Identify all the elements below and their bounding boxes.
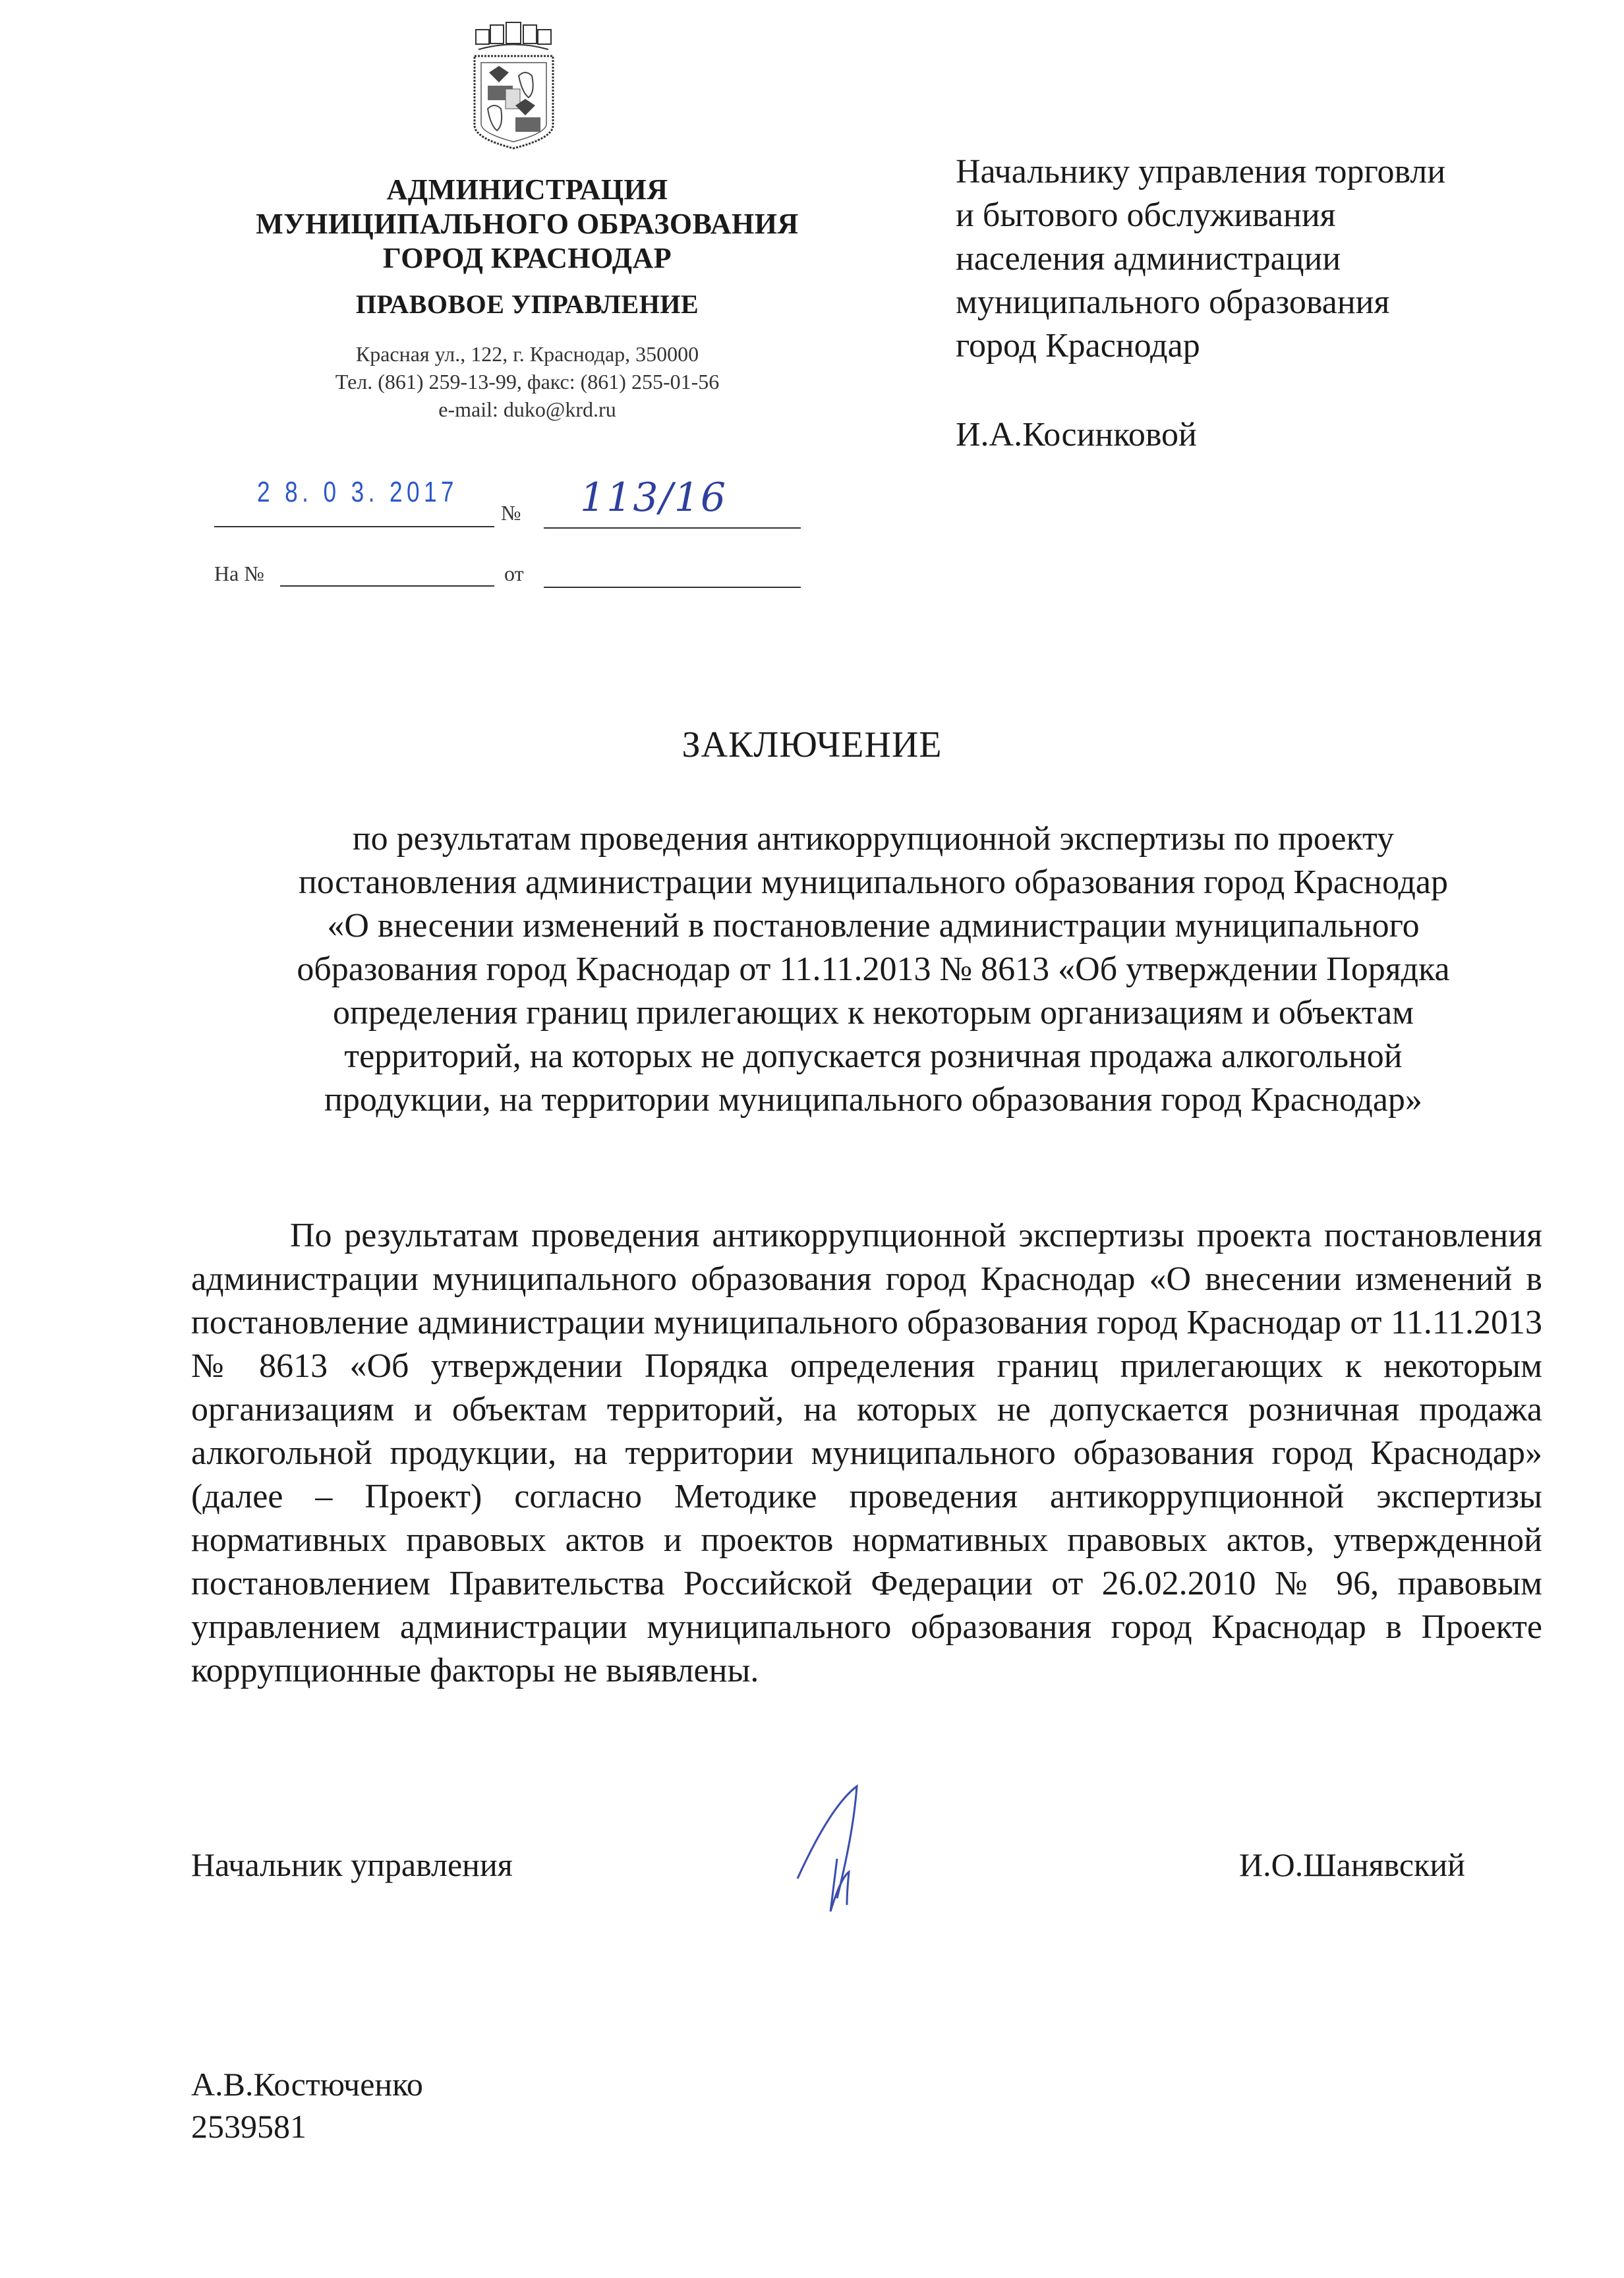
email: e-mail: duko@krd.ru: [198, 395, 857, 423]
subject-line: постановления администрации муниципально…: [198, 861, 1549, 904]
addressee-name: И.А.Косинковой: [956, 415, 1197, 454]
executor-block: А.В.Костюченко 2539581: [191, 2063, 423, 2147]
date-line: [214, 526, 494, 527]
executor-name: А.В.Костюченко: [191, 2063, 423, 2105]
signature-icon: [791, 1780, 910, 1931]
addressee-line: муниципального образования: [956, 281, 1445, 324]
organization-name: АДМИНИСТРАЦИЯ МУНИЦИПАЛЬНОГО ОБРАЗОВАНИЯ…: [198, 173, 857, 276]
subject-line: «О внесении изменений в постановление ад…: [198, 904, 1549, 948]
contact-block: Красная ул., 122, г. Краснодар, 350000 Т…: [198, 340, 857, 423]
coat-of-arms-icon: [469, 20, 558, 152]
addressee-line: и бытового обслуживания: [956, 194, 1445, 237]
org-line: МУНИЦИПАЛЬНОГО ОБРАЗОВАНИЯ: [198, 207, 857, 241]
executor-phone: 2539581: [191, 2105, 423, 2147]
number-line: [544, 527, 801, 529]
subject-line: определения границ прилегающих к некотор…: [198, 991, 1549, 1035]
subject-line: по результатам проведения антикоррупцион…: [198, 817, 1549, 861]
subject-line: продукции, на территории муниципального …: [198, 1078, 1549, 1122]
document-body: По результатам проведения антикоррупцион…: [191, 1214, 1542, 1693]
addressee-line: населения администрации: [956, 237, 1445, 281]
signer-position: Начальник управления: [191, 1846, 513, 1884]
org-line: ГОРОД КРАСНОДАР: [198, 241, 857, 276]
from-label: от: [504, 562, 524, 586]
subject-line: образования город Краснодар от 11.11.201…: [198, 948, 1549, 991]
signer-name: И.О.Шанявский: [1239, 1846, 1465, 1884]
reply-number-line: [280, 585, 494, 587]
subject-line: территорий, на которых не допускается ро…: [198, 1035, 1549, 1078]
date-stamp: 2 8. 0 3. 2017: [257, 476, 458, 509]
document-title: ЗАКЛЮЧЕНИЕ: [0, 724, 1624, 766]
reply-date-line: [544, 587, 801, 588]
org-line: АДМИНИСТРАЦИЯ: [198, 173, 857, 207]
addressee-line: город Краснодар: [956, 324, 1445, 368]
department-name: ПРАВОВОЕ УПРАВЛЕНИЕ: [198, 289, 857, 320]
reply-to-label: На №: [214, 562, 264, 586]
addressee-block: Начальнику управления торговли и бытовог…: [956, 150, 1445, 368]
phone-fax: Тел. (861) 259-13-99, факс: (861) 255-01…: [198, 368, 857, 395]
addressee-line: Начальнику управления торговли: [956, 150, 1445, 194]
document-subject: по результатам проведения антикоррупцион…: [198, 817, 1549, 1122]
registration-number: 113/16: [580, 475, 727, 521]
address: Красная ул., 122, г. Краснодар, 350000: [198, 340, 857, 368]
number-label: №: [501, 501, 521, 525]
